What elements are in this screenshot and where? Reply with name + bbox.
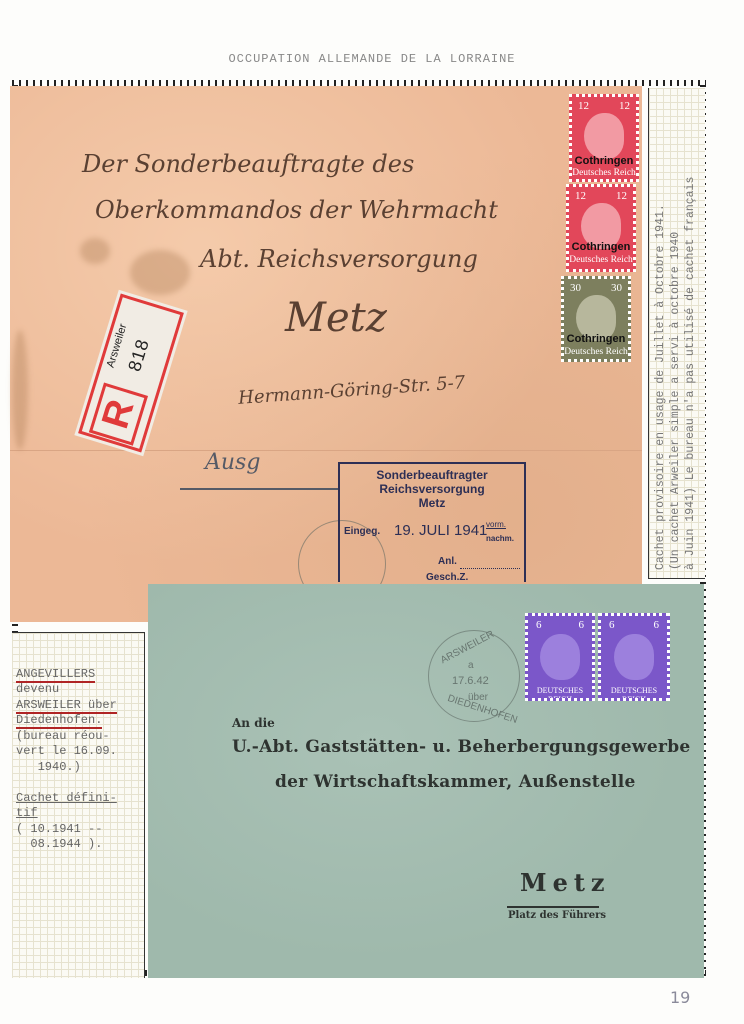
stamp-line: Reichsversorgung: [340, 482, 524, 496]
page-title: OCCUPATION ALLEMANDE DE LA LORRAINE: [0, 52, 744, 66]
stamp-value: 30: [570, 282, 581, 294]
note-line: 08.1944 ).: [30, 837, 102, 851]
addressee-line-2: der Wirtschaftskammer, Außenstelle: [275, 772, 636, 792]
note-line: à Juin 1941) Le bureau n'a pas utilisé d…: [683, 90, 698, 570]
note-old-name: ANGEVILLERS: [16, 667, 95, 683]
note-line: Cachet défini-: [16, 791, 117, 805]
received-date: 19. JULI 1941: [394, 522, 487, 539]
address-city: Metz: [285, 295, 387, 341]
receiving-stamp: Sonderbeauftragter Reichsversorgung Metz…: [338, 462, 526, 582]
stamp-value: 6: [609, 619, 615, 631]
stamp-value: 6: [654, 619, 660, 631]
stamp-inscription: DEUTSCHES REICH: [601, 686, 667, 701]
registration-letter: R: [89, 383, 148, 446]
page-number: 19: [670, 988, 690, 1007]
note-line: Diedenhofen.: [16, 713, 102, 729]
stamp-value: 30: [611, 282, 622, 294]
note-line: 1940.): [38, 760, 81, 774]
addressee-line-1: U.-Abt. Gaststätten- u. Beherbergungsgew…: [232, 737, 691, 757]
stamp-line: Metz: [340, 496, 524, 510]
stamp-label: Eingeg.: [344, 526, 380, 537]
side-note-right: Cachet provisoire en usage de Juillet à …: [648, 88, 705, 579]
stamp-value: 12: [575, 190, 586, 202]
stamp-dotted-line: [460, 568, 520, 569]
note-line: Cachet provisoire en usage de Juillet à …: [653, 90, 668, 570]
note-line: devenu: [16, 682, 59, 696]
stamp-label: vorm.: [486, 520, 506, 529]
pencil-note: Ausg: [205, 450, 260, 475]
stain: [80, 238, 110, 264]
stamp-overprint: Cothringen: [569, 241, 633, 253]
envelope-flap-edge: [10, 450, 642, 451]
stamp-inscription: Deutsches Reich: [569, 255, 633, 265]
stamp-line: Sonderbeauftragter: [340, 468, 524, 482]
note-line: vert le 16.09.: [16, 744, 117, 758]
to-label: An die: [232, 716, 275, 730]
stamp-overprint: Cothringen: [564, 333, 628, 345]
stamp-label: Gesch.Z.: [426, 572, 468, 583]
address-line: Abt. Reichsversorgung: [200, 245, 478, 273]
destination-city: Metz: [520, 868, 611, 897]
stamp-12pf-1: 12 12 Cothringen Deutsches Reich: [569, 94, 639, 182]
stamp-inscription: Deutsches Reich: [564, 347, 628, 357]
note-line: ( 10.1941 --: [16, 822, 102, 836]
postmark-date: 17.6.42: [452, 675, 489, 687]
stain: [12, 330, 28, 450]
stamp-30pf: 30 30 Cothringen Deutsches Reich: [561, 276, 631, 362]
side-note-right-text: Cachet provisoire en usage de Juillet à …: [653, 90, 698, 570]
stamp-6pf-2: 6 6 DEUTSCHES REICH: [598, 613, 670, 701]
stamp-value: 12: [616, 190, 627, 202]
stain: [130, 250, 190, 295]
pencil-line: [180, 488, 340, 490]
stamp-value: 6: [536, 619, 542, 631]
stamp-label: nachm.: [486, 534, 514, 543]
note-line: tif: [16, 806, 38, 820]
stamp-inscription: DEUTSCHES REICH: [528, 686, 592, 701]
registration-number: 818: [124, 336, 154, 374]
stamp-inscription: Deutsches Reich: [572, 168, 636, 178]
note-line: (Un cachet Arweiler simple a servi à oct…: [668, 90, 683, 570]
stamp-value: 6: [579, 619, 585, 631]
city-underline: [507, 906, 599, 908]
stamp-value: 12: [619, 100, 630, 112]
address-line: Der Sonderbeauftragte des: [82, 150, 414, 178]
destination-street: Platz des Führers: [508, 910, 606, 921]
note-new-name: ARSWEILER über: [16, 698, 117, 714]
stamp-value: 12: [578, 100, 589, 112]
address-line: Oberkommandos der Wehrmacht: [95, 196, 498, 224]
stamp-label: Anl.: [438, 556, 457, 567]
note-line: (bureau réou-: [16, 729, 110, 743]
portrait-icon: [614, 634, 654, 680]
stamp-overprint: Cothringen: [572, 155, 636, 167]
postmark-letter: a: [468, 660, 474, 671]
portrait-icon: [584, 113, 624, 159]
portrait-icon: [540, 634, 580, 680]
stamp-6pf-1: 6 6 DEUTSCHES REICH: [525, 613, 595, 701]
side-note-left: ANGEVILLERS devenu ARSWEILER über Dieden…: [12, 632, 145, 978]
stamp-12pf-2: 12 12 Cothringen Deutsches Reich: [566, 184, 636, 272]
